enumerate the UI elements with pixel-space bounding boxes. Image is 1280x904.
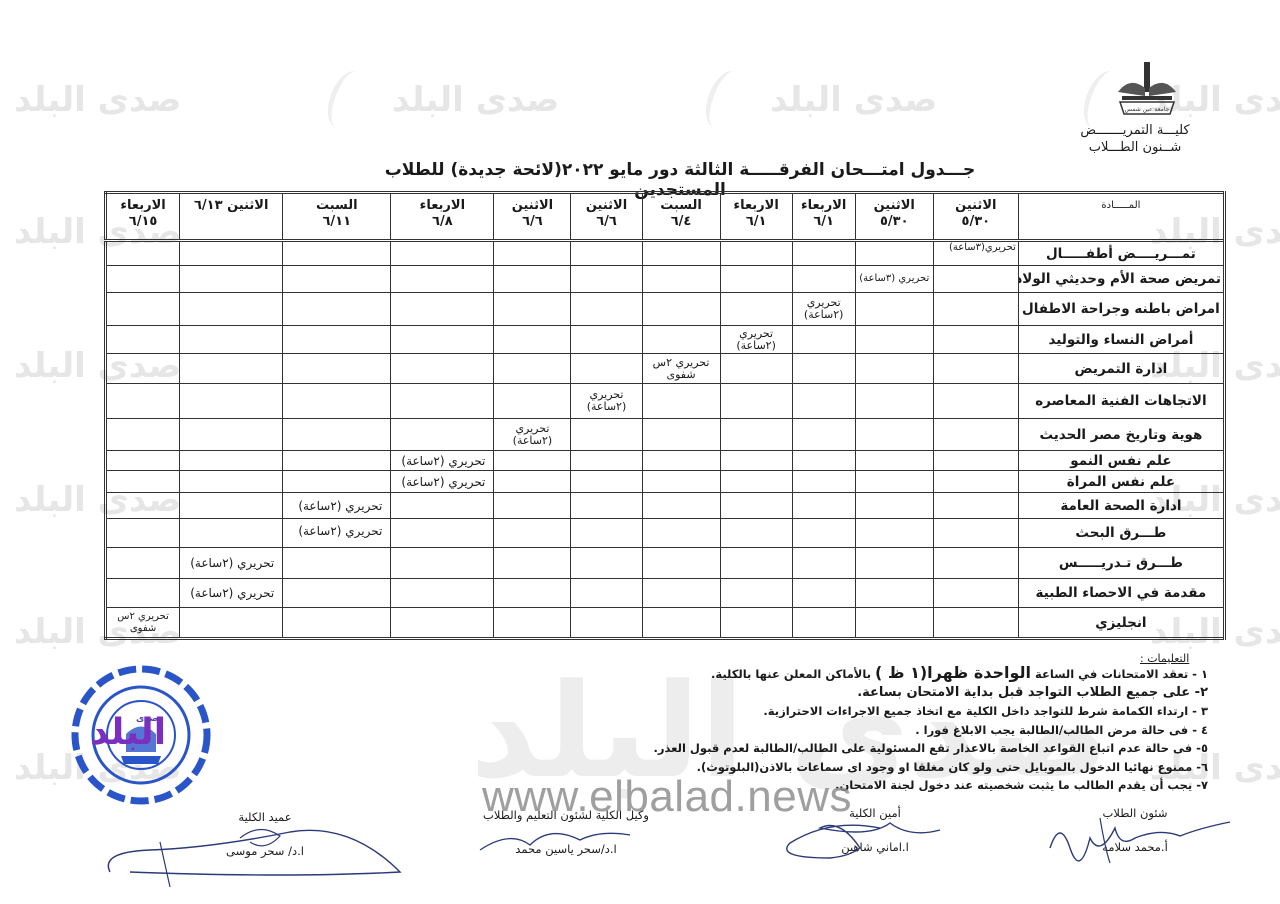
instruction-item: ٥- فى حالة عدم اتباع القواعد الخاصة بالا…: [588, 739, 1208, 758]
exam-cell: تحريري (٣ساعة): [855, 266, 933, 293]
table-row: هوية وتاريخ مصر الحديث تحريري (٢ساعة): [106, 419, 1225, 451]
date-column-header: الاثنين ٦/١٣: [180, 193, 283, 241]
watermark-swirl-icon: [321, 66, 373, 134]
table-row: أمراض النساء والتوليد تحريري (٢ساعة): [106, 326, 1225, 354]
date-column-header: الاربعاء٦/١٥: [106, 193, 180, 241]
subject-cell: تمـــريــــض أطفـــــال: [1018, 241, 1224, 266]
subject-cell: ادارة التمريض: [1018, 354, 1224, 384]
table-row: علم نفس المراة تحريري (٢ساعة): [106, 471, 1225, 493]
instruction-item: ٣ - ارتداء الكمامة شرط للتواجد داخل الكل…: [588, 702, 1208, 721]
exam-cell: تحريري (٢ساعة): [494, 419, 571, 451]
watermark-text: صدى البلد: [392, 80, 559, 120]
handwritten-signature-icon: [770, 808, 970, 868]
table-row: الاتجاهات الفنية المعاصره تحريري (٢ساعة): [106, 384, 1225, 419]
subject-cell: امراض باطنه وجراحة الاطفال: [1018, 293, 1224, 326]
date-column-header: الاثنين٦/٦: [494, 193, 571, 241]
table-header-row: المـــــادة الاثنين٥/٣٠ الاثنين٥/٣٠ الار…: [106, 193, 1225, 241]
subject-cell: هوية وتاريخ مصر الحديث: [1018, 419, 1224, 451]
table-row: طـــرق البحث تحريري (٢ساعة): [106, 519, 1225, 548]
exam-cell: تحريري (٢ساعة): [283, 519, 391, 548]
exam-schedule-table: المـــــادة الاثنين٥/٣٠ الاثنين٥/٣٠ الار…: [104, 191, 1226, 640]
exam-cell: تحريري (٢ساعة): [180, 548, 283, 579]
date-column-header: الاثنين٥/٣٠: [855, 193, 933, 241]
university-logo-icon: جامعة عين شمس: [1112, 62, 1182, 118]
exam-cell: تحريري (٢ساعة): [283, 493, 391, 519]
table-row: تمريض صحة الأم وحديثي الولادة تحريري (٣س…: [106, 266, 1225, 293]
instruction-item: ٢- على جميع الطلاب التواجد قبل بداية الا…: [588, 684, 1208, 703]
exam-cell: تحريري (٢ساعة): [792, 293, 855, 326]
department-name: شــنون الطـــلاب: [1060, 139, 1210, 156]
subject-cell: الاتجاهات الفنية المعاصره: [1018, 384, 1224, 419]
exam-cell: تحريري (٢ساعة): [391, 471, 494, 493]
faculty-name: كليـــة التمريـــــــض: [1060, 122, 1210, 139]
subject-cell: انجليزي: [1018, 608, 1224, 639]
date-column-header: الاربعاء٦/٨: [391, 193, 494, 241]
watermark-text: صدى البلد: [14, 80, 181, 120]
table-row: امراض باطنه وجراحة الاطفال تحريري (٢ساعة…: [106, 293, 1225, 326]
table-row: ادارة التمريض تحريري ٢س شفوى: [106, 354, 1225, 384]
instruction-item: ١ - تعقد الامتحانات في الساعة الواحدة ظه…: [588, 664, 1208, 684]
subject-cell: تمريض صحة الأم وحديثي الولادة: [1018, 266, 1224, 293]
exam-cell: تحريري (٢ساعة): [571, 384, 642, 419]
subject-cell: علم نفس المراة: [1018, 471, 1224, 493]
subject-cell: علم نفس النمو: [1018, 451, 1224, 471]
instruction-item: ٤ - فى حالة مرض الطالب/الطالبة يجب الابل…: [588, 721, 1208, 740]
date-column-header: السبت٦/٤: [642, 193, 720, 241]
subject-cell: أمراض النساء والتوليد: [1018, 326, 1224, 354]
date-column-header: السبت٦/١١: [283, 193, 391, 241]
watermark-text: صدى البلد: [770, 80, 937, 120]
exam-cell: تحريري (٢ساعة): [391, 451, 494, 471]
elbalad-logo: صدىالبلد: [90, 712, 166, 753]
watermark-swirl-icon: [699, 66, 751, 134]
subject-cell: ادارة الصحة العامة: [1018, 493, 1224, 519]
date-column-header: الاثنين٥/٣٠: [933, 193, 1018, 241]
subject-column-header: المـــــادة: [1018, 193, 1224, 241]
table-row: تمـــريــــض أطفـــــال تحريري(٣ساعة): [106, 241, 1225, 266]
exam-cell: تحريري (٢ساعة): [180, 579, 283, 608]
exam-cell: تحريري ٢س شفوى: [642, 354, 720, 384]
faculty-block: كليـــة التمريـــــــض شــنون الطـــلاب: [1060, 122, 1210, 156]
table-row: ادارة الصحة العامة تحريري (٢ساعة): [106, 493, 1225, 519]
handwritten-signature-icon: [470, 820, 670, 860]
table-row: طـــرق تـدريـــــس تحريري (٢ساعة): [106, 548, 1225, 579]
subject-cell: مقدمة في الاحصاء الطبية: [1018, 579, 1224, 608]
handwritten-signature-icon: [1040, 808, 1240, 868]
table-row: انجليزي تحريري ٢س شفوى: [106, 608, 1225, 639]
table-row: مقدمة في الاحصاء الطبية تحريري (٢ساعة): [106, 579, 1225, 608]
exam-cell: تحريري (٢ساعة): [720, 326, 792, 354]
date-column-header: الاربعاء٦/١: [720, 193, 792, 241]
exam-cell: تحريري(٣ساعة): [933, 241, 1018, 266]
exam-cell: تحريري ٢س شفوى: [106, 608, 180, 639]
handwritten-signature-icon: [90, 812, 420, 892]
svg-text:جامعة عين شمس: جامعة عين شمس: [1125, 106, 1170, 113]
date-column-header: الاثنين٦/٦: [571, 193, 642, 241]
table-row: علم نفس النمو تحريري (٢ساعة): [106, 451, 1225, 471]
date-column-header: الاربعاء٦/١: [792, 193, 855, 241]
subject-cell: طـــرق تـدريـــــس: [1018, 548, 1224, 579]
subject-cell: طـــرق البحث: [1018, 519, 1224, 548]
